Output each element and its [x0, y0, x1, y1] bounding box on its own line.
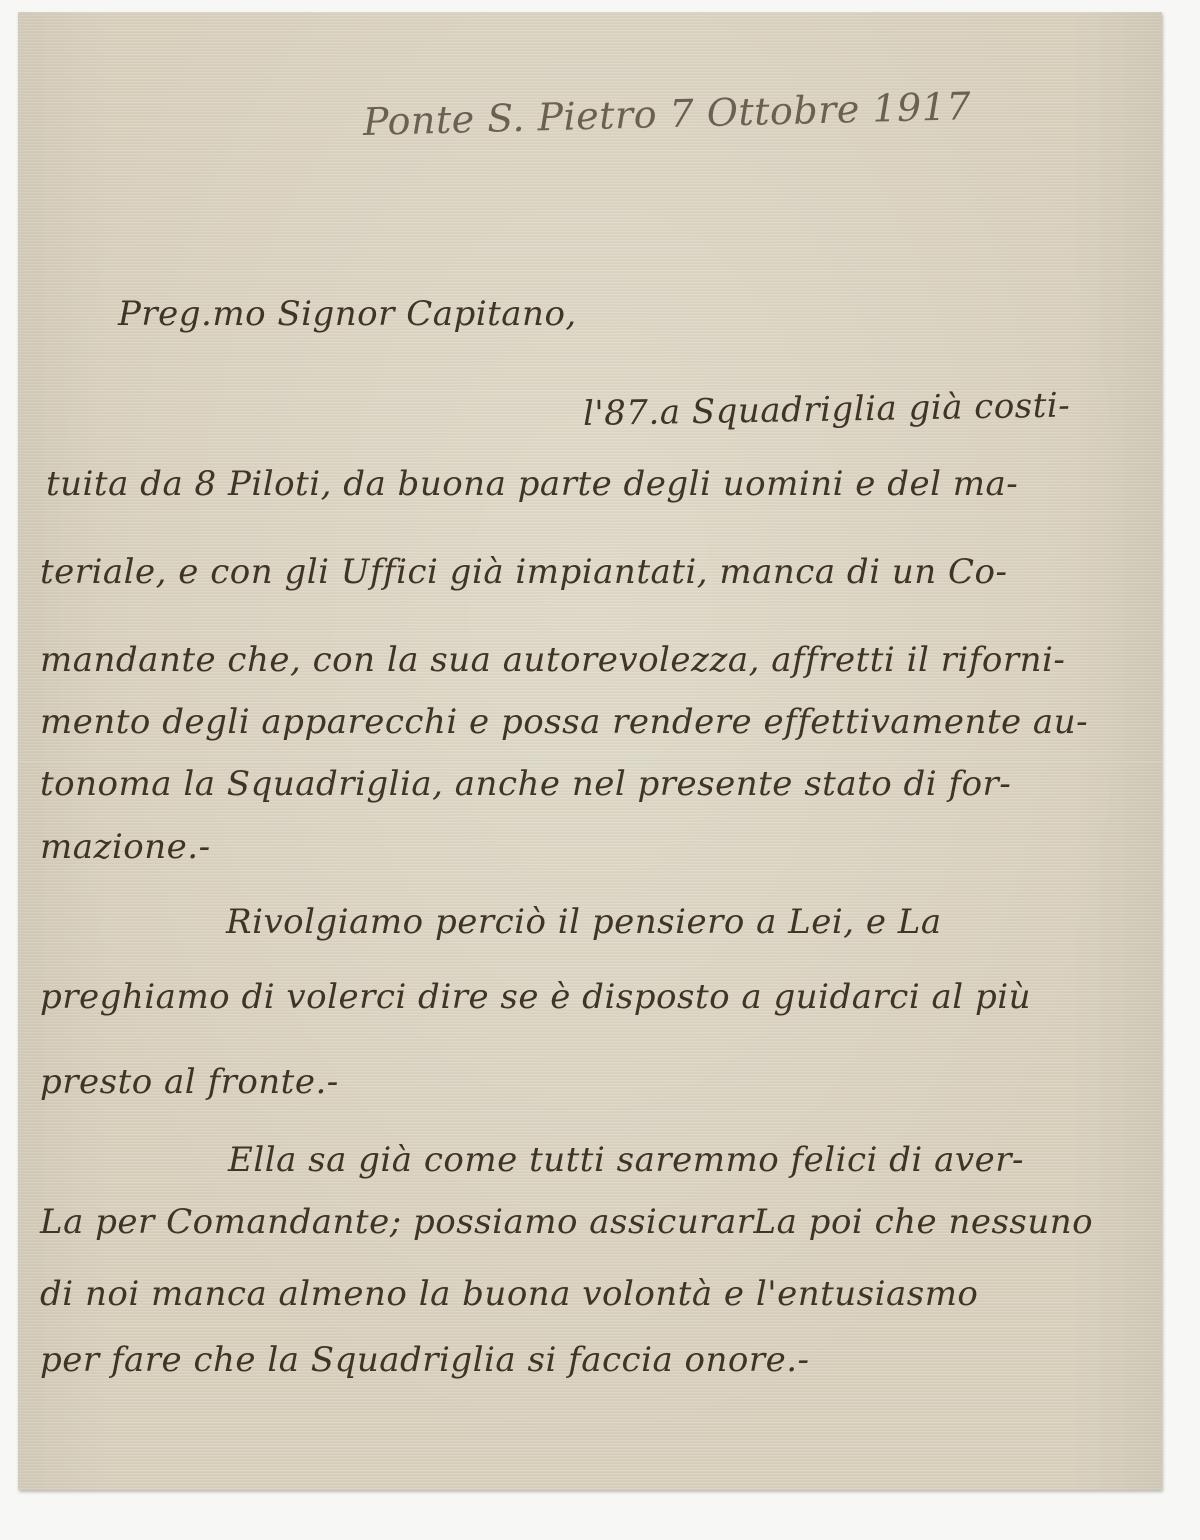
letter-line: presto al fronte.- — [40, 1062, 339, 1102]
paper-fold-crease — [18, 760, 1162, 763]
letter-line: teriale, e con gli Uffici già impiantati… — [40, 552, 1007, 592]
letter-line: l'87.a Squadriglia già costi- — [583, 385, 1071, 433]
letter-line: mandante che, con la sua autorevolezza, … — [40, 640, 1065, 680]
letter-salutation: Preg.mo Signor Capitano, — [118, 294, 577, 334]
letter-dateline: Ponte S. Pietro 7 Ottobre 1917 — [362, 84, 971, 144]
letter-line: preghiamo di volerci dire se è disposto … — [40, 977, 1031, 1017]
letter-line: di noi manca almeno la buona volontà e l… — [40, 1274, 978, 1314]
letter-line: mento degli apparecchi e possa rendere e… — [40, 702, 1088, 742]
letter-line: Rivolgiamo perciò il pensiero a Lei, e L… — [226, 902, 942, 942]
letter-line: La per Comandante; possiamo assicurarLa … — [40, 1202, 1093, 1242]
letter-line: per fare che la Squadriglia si faccia on… — [40, 1340, 810, 1380]
letter-line: mazione.- — [40, 827, 211, 867]
letter-line: tonoma la Squadriglia, anche nel present… — [40, 764, 1011, 804]
letter-paper: Ponte S. Pietro 7 Ottobre 1917 Preg.mo S… — [18, 12, 1162, 1490]
letter-line: Ella sa già come tutti saremmo felici di… — [228, 1140, 1024, 1180]
letter-line: tuita da 8 Piloti, da buona parte degli … — [46, 464, 1018, 504]
